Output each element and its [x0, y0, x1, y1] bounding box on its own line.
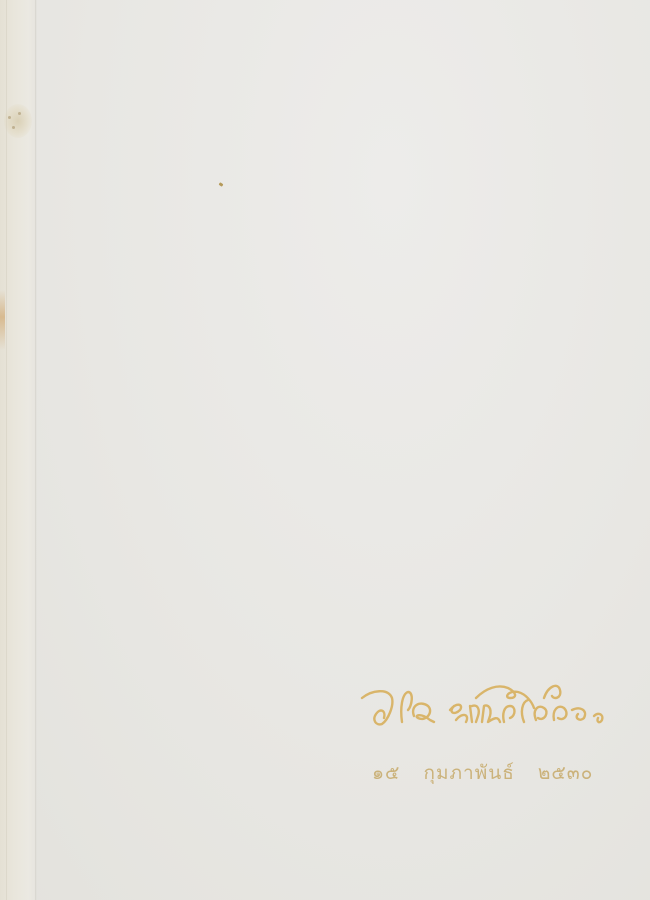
book-cover: จิโอ ตันนิเวียง ๑๕ กุมภาพันธ์ ๒๕๓๐ — [0, 0, 650, 900]
edge-stain — [0, 290, 5, 350]
stain-dot — [12, 126, 15, 129]
paper-speck — [219, 182, 224, 187]
date-month: กุมภาพันธ์ — [424, 762, 515, 784]
age-stain — [4, 104, 32, 138]
stain-dot — [8, 116, 11, 119]
date-year: ๒๕๓๐ — [538, 762, 594, 784]
spine-edge — [35, 0, 37, 900]
gold-signature: จิโอ ตันนิเวียง — [358, 676, 618, 732]
spine-crease — [6, 0, 7, 900]
stain-dot — [18, 112, 21, 115]
publication-date: ๑๕ กุมภาพันธ์ ๒๕๓๐ — [372, 758, 609, 788]
date-day: ๑๕ — [372, 762, 400, 784]
